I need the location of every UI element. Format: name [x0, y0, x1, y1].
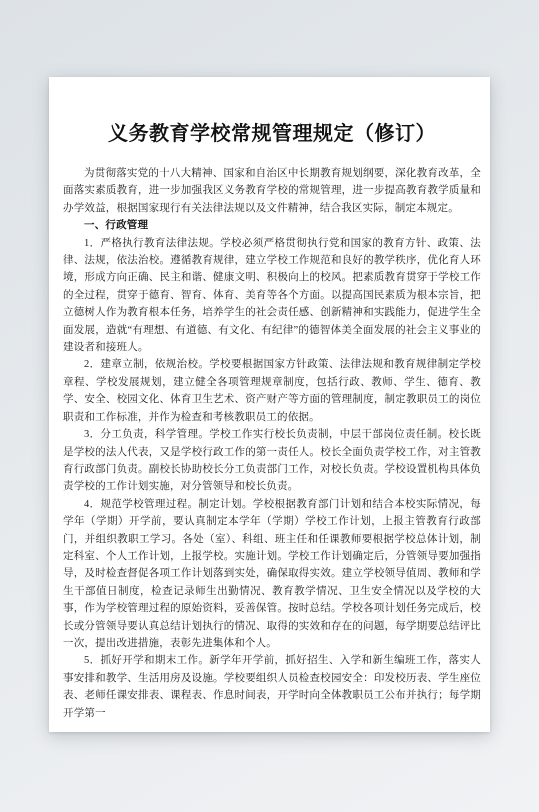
paragraph-2: 2．建章立制，依规治校。学校要根据国家方针政策、法律法规和教育规律制定学校章程、… — [63, 356, 481, 426]
paragraph-3: 3．分工负责，科学管理。学校工作实行校长负责制，中层干部岗位责任制。校长既是学校… — [63, 426, 481, 496]
document-title: 义务教育学校常规管理规定（修订） — [63, 121, 481, 148]
paragraph-4: 4．规范学校管理过程。制定计划。学校根据教育部门计划和结合本校实际情况，每学年（… — [63, 496, 481, 653]
page-content: 义务教育学校常规管理规定（修订） 为贯彻落实党的十八大精神、国家和自治区中长期教… — [49, 77, 490, 722]
document-page: 义务教育学校常规管理规定（修订） 为贯彻落实党的十八大精神、国家和自治区中长期教… — [49, 77, 490, 732]
section-heading: 一、行政管理 — [63, 217, 481, 234]
paragraph-5: 5．抓好开学和期末工作。新学年开学前，抓好招生、入学和新生编班工作，落实人事安排… — [63, 652, 481, 722]
document-background: 义务教育学校常规管理规定（修订） 为贯彻落实党的十八大精神、国家和自治区中长期教… — [0, 0, 539, 812]
paragraph-1: 1．严格执行教育法律法规。学校必须严格贯彻执行党和国家的教育方针、政策、法律、法… — [63, 235, 481, 357]
intro-paragraph: 为贯彻落实党的十八大精神、国家和自治区中长期教育规划纲要，深化教育改革，全面落实… — [63, 165, 481, 217]
